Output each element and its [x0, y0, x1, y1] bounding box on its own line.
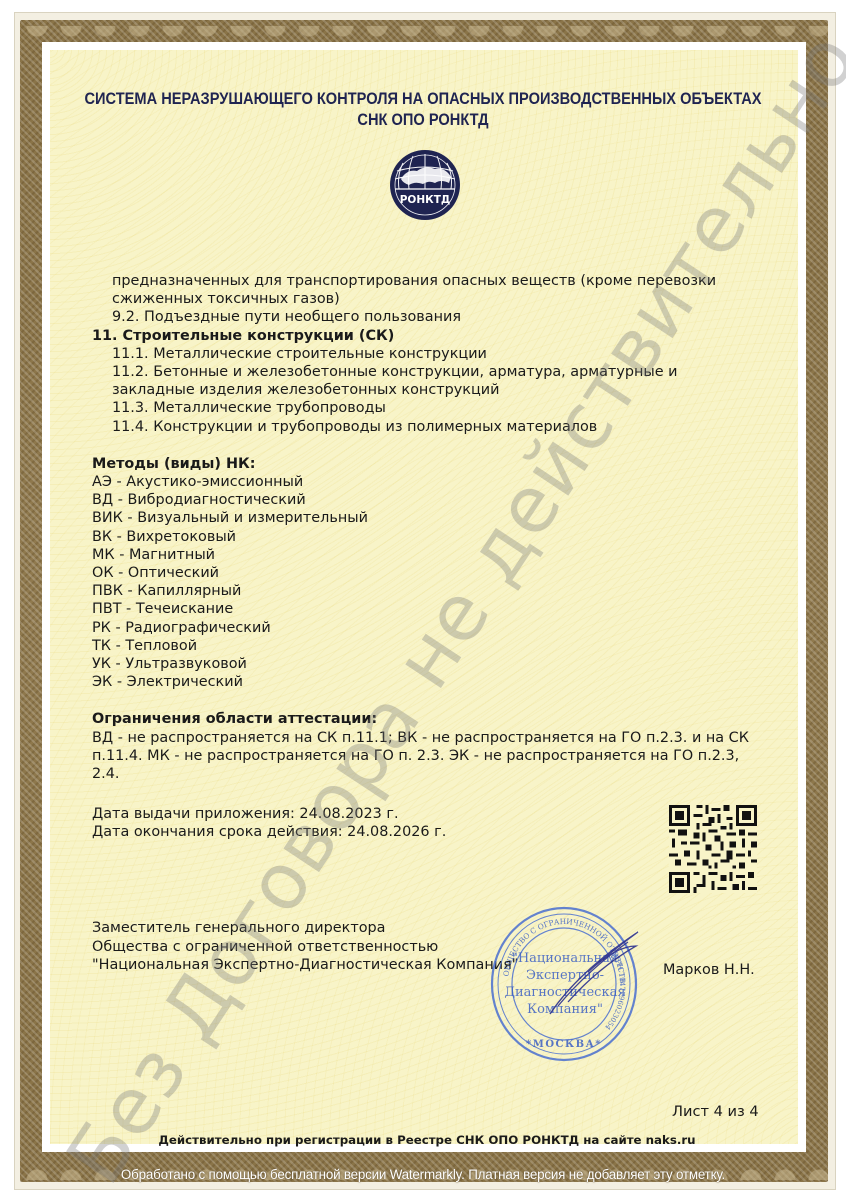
scope-item-11-3: 11.3. Металлические трубопроводы [92, 399, 772, 417]
method-item: УК - Ультразвуковой [92, 655, 772, 673]
signatory-position: Заместитель генерального директора Общес… [92, 919, 518, 975]
scope-continuation-line-1: предназначенных для транспортирования оп… [92, 272, 772, 290]
section-11-title: 11. Строительные конструкции (СК) [92, 327, 772, 345]
signer-name: Марков Н.Н. [663, 962, 755, 978]
limits-line-1: ВД - не распространяется на СК п.11.1; В… [92, 729, 772, 747]
limits-line-2: п.11.4. МК - не распространяется на ГО п… [92, 747, 772, 765]
page-number: Лист 4 из 4 [672, 1103, 759, 1120]
qr-code-icon [669, 805, 757, 893]
scope-item-11-4: 11.4. Конструкции и трубопроводы из поли… [92, 418, 772, 436]
scope-item-11-2-cont: закладные изделия железобетонных констру… [92, 381, 772, 399]
position-line-1: Заместитель генерального директора [92, 919, 518, 938]
method-item: АЭ - Акустико-эмиссионный [92, 473, 772, 491]
ronktd-globe-logo-icon: РОНКТД [389, 149, 461, 221]
method-item: ТК - Тепловой [92, 637, 772, 655]
method-item: МК - Магнитный [92, 546, 772, 564]
svg-text:Компания": Компания" [527, 1002, 603, 1017]
method-item: ВД - Вибродиагностический [92, 491, 772, 509]
methods-title: Методы (виды) НК: [92, 455, 772, 473]
scope-item-11-1: 11.1. Металлические строительные констру… [92, 345, 772, 363]
company-seal-stamp-icon: ОБЩЕСТВО С ОГРАНИЧЕННОЙ ОТВЕТСТВЕННОСТЬЮ… [488, 902, 640, 1062]
method-item: ПВК - Капиллярный [92, 582, 772, 600]
position-line-3: "Национальная Экспертно-Диагностическая … [92, 956, 518, 975]
position-line-2: Общества с ограниченной ответственностью [92, 938, 518, 957]
border-ornament-top [20, 26, 828, 40]
method-item: ВК - Вихретоковый [92, 528, 772, 546]
svg-text:РОНКТД: РОНКТД [400, 194, 451, 206]
method-item: ПВТ - Течеискание [92, 600, 772, 618]
registry-note: Действительно при регистрации в Реестре … [4, 1133, 846, 1147]
limits-line-3: 2.4. [92, 765, 772, 783]
title-line-2: СНК ОПО РОНКТД [59, 109, 787, 130]
method-item: ВИК - Визуальный и измерительный [92, 509, 772, 527]
tool-watermark-notice: Обработано с помощью бесплатной версии W… [0, 1163, 846, 1186]
methods-list: АЭ - Акустико-эмиссионный ВД - Вибродиаг… [92, 473, 772, 691]
scope-continuation-line-2: сжиженных токсичных газов) [92, 290, 772, 308]
document-title: СИСТЕМА НЕРАЗРУШАЮЩЕГО КОНТРОЛЯ НА ОПАСН… [59, 88, 787, 130]
scope-item-9-2: 9.2. Подъездные пути необщего пользовани… [92, 308, 772, 326]
scope-item-11-2: 11.2. Бетонные и железобетонные конструк… [92, 363, 772, 381]
method-item: РК - Радиографический [92, 619, 772, 637]
method-item: ОК - Оптический [92, 564, 772, 582]
method-item: ЭК - Электрический [92, 673, 772, 691]
title-line-1: СИСТЕМА НЕРАЗРУШАЮЩЕГО КОНТРОЛЯ НА ОПАСН… [59, 88, 787, 109]
limits-title: Ограничения области аттестации: [92, 710, 772, 728]
attestation-scope: предназначенных для транспортирования оп… [92, 272, 772, 842]
svg-text:*МОСКВА*: *МОСКВА* [526, 1039, 602, 1050]
